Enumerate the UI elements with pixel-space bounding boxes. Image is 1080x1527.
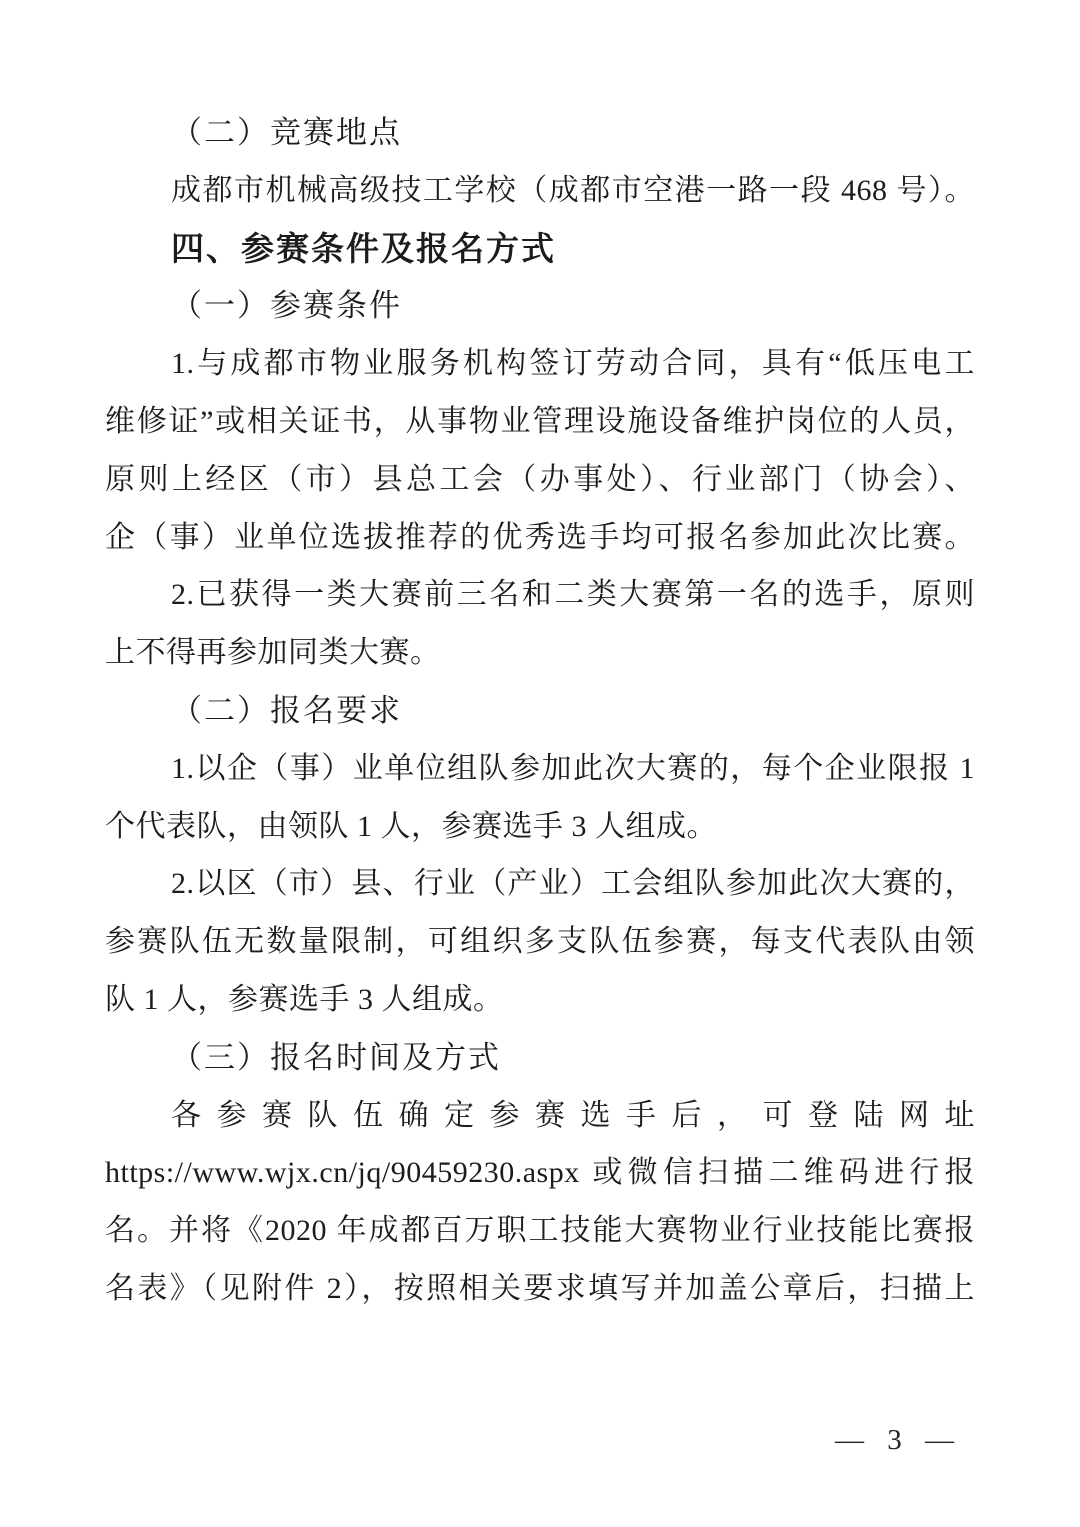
doc-line-venue-address: 成都市机械高级技工学校（成都市空港一路一段 468 号）。 — [105, 162, 975, 220]
doc-line: 原则上经区（市）县总工会（办事处）、行业部门（协会）、 — [105, 451, 975, 509]
doc-line: 名表》（见附件 2），按照相关要求填写并加盖公章后，扫描上 — [105, 1260, 975, 1318]
subheading-competition-venue: （二）竞赛地点 — [105, 104, 975, 162]
doc-line: 2.已获得一类大赛前三名和二类大赛第一名的选手，原则 — [105, 566, 975, 624]
subheading-registration-time-method: （三）报名时间及方式 — [105, 1029, 975, 1087]
doc-line: 名。并将《2020 年成都百万职工技能大赛物业行业技能比赛报 — [105, 1202, 975, 1260]
doc-line: 1.与成都市物业服务机构签订劳动合同，具有“低压电工 — [105, 335, 975, 393]
doc-line: 上不得再参加同类大赛。 — [105, 624, 975, 682]
doc-line: 2.以区（市）县、行业（产业）工会组队参加此次大赛的， — [105, 855, 975, 913]
doc-line: 队 1 人，参赛选手 3 人组成。 — [105, 971, 975, 1029]
doc-line-registration-url: https://www.wjx.cn/jq/90459230.aspx 或微信扫… — [105, 1144, 975, 1202]
subheading-entry-conditions: （一）参赛条件 — [105, 277, 975, 335]
doc-line: 参赛队伍无数量限制，可组织多支队伍参赛，每支代表队由领 — [105, 913, 975, 971]
page-number: — 3 — — [835, 1420, 954, 1460]
doc-line: 企（事）业单位选拔推荐的优秀选手均可报名参加此次比赛。 — [105, 509, 975, 567]
document-body: （二）竞赛地点 成都市机械高级技工学校（成都市空港一路一段 468 号）。 四、… — [105, 104, 975, 1318]
doc-line: 1.以企（事）业单位组队参加此次大赛的，每个企业限报 1 — [105, 740, 975, 798]
doc-line: 各参赛队伍确定参赛选手后，可登陆网址 — [105, 1087, 975, 1145]
doc-line: 个代表队，由领队 1 人，参赛选手 3 人组成。 — [105, 798, 975, 856]
heading-section-4: 四、参赛条件及报名方式 — [105, 220, 975, 278]
subheading-registration-requirements: （二）报名要求 — [105, 682, 975, 740]
doc-line: 维修证”或相关证书，从事物业管理设施设备维护岗位的人员， — [105, 393, 975, 451]
document-page: （二）竞赛地点 成都市机械高级技工学校（成都市空港一路一段 468 号）。 四、… — [0, 0, 1080, 1527]
